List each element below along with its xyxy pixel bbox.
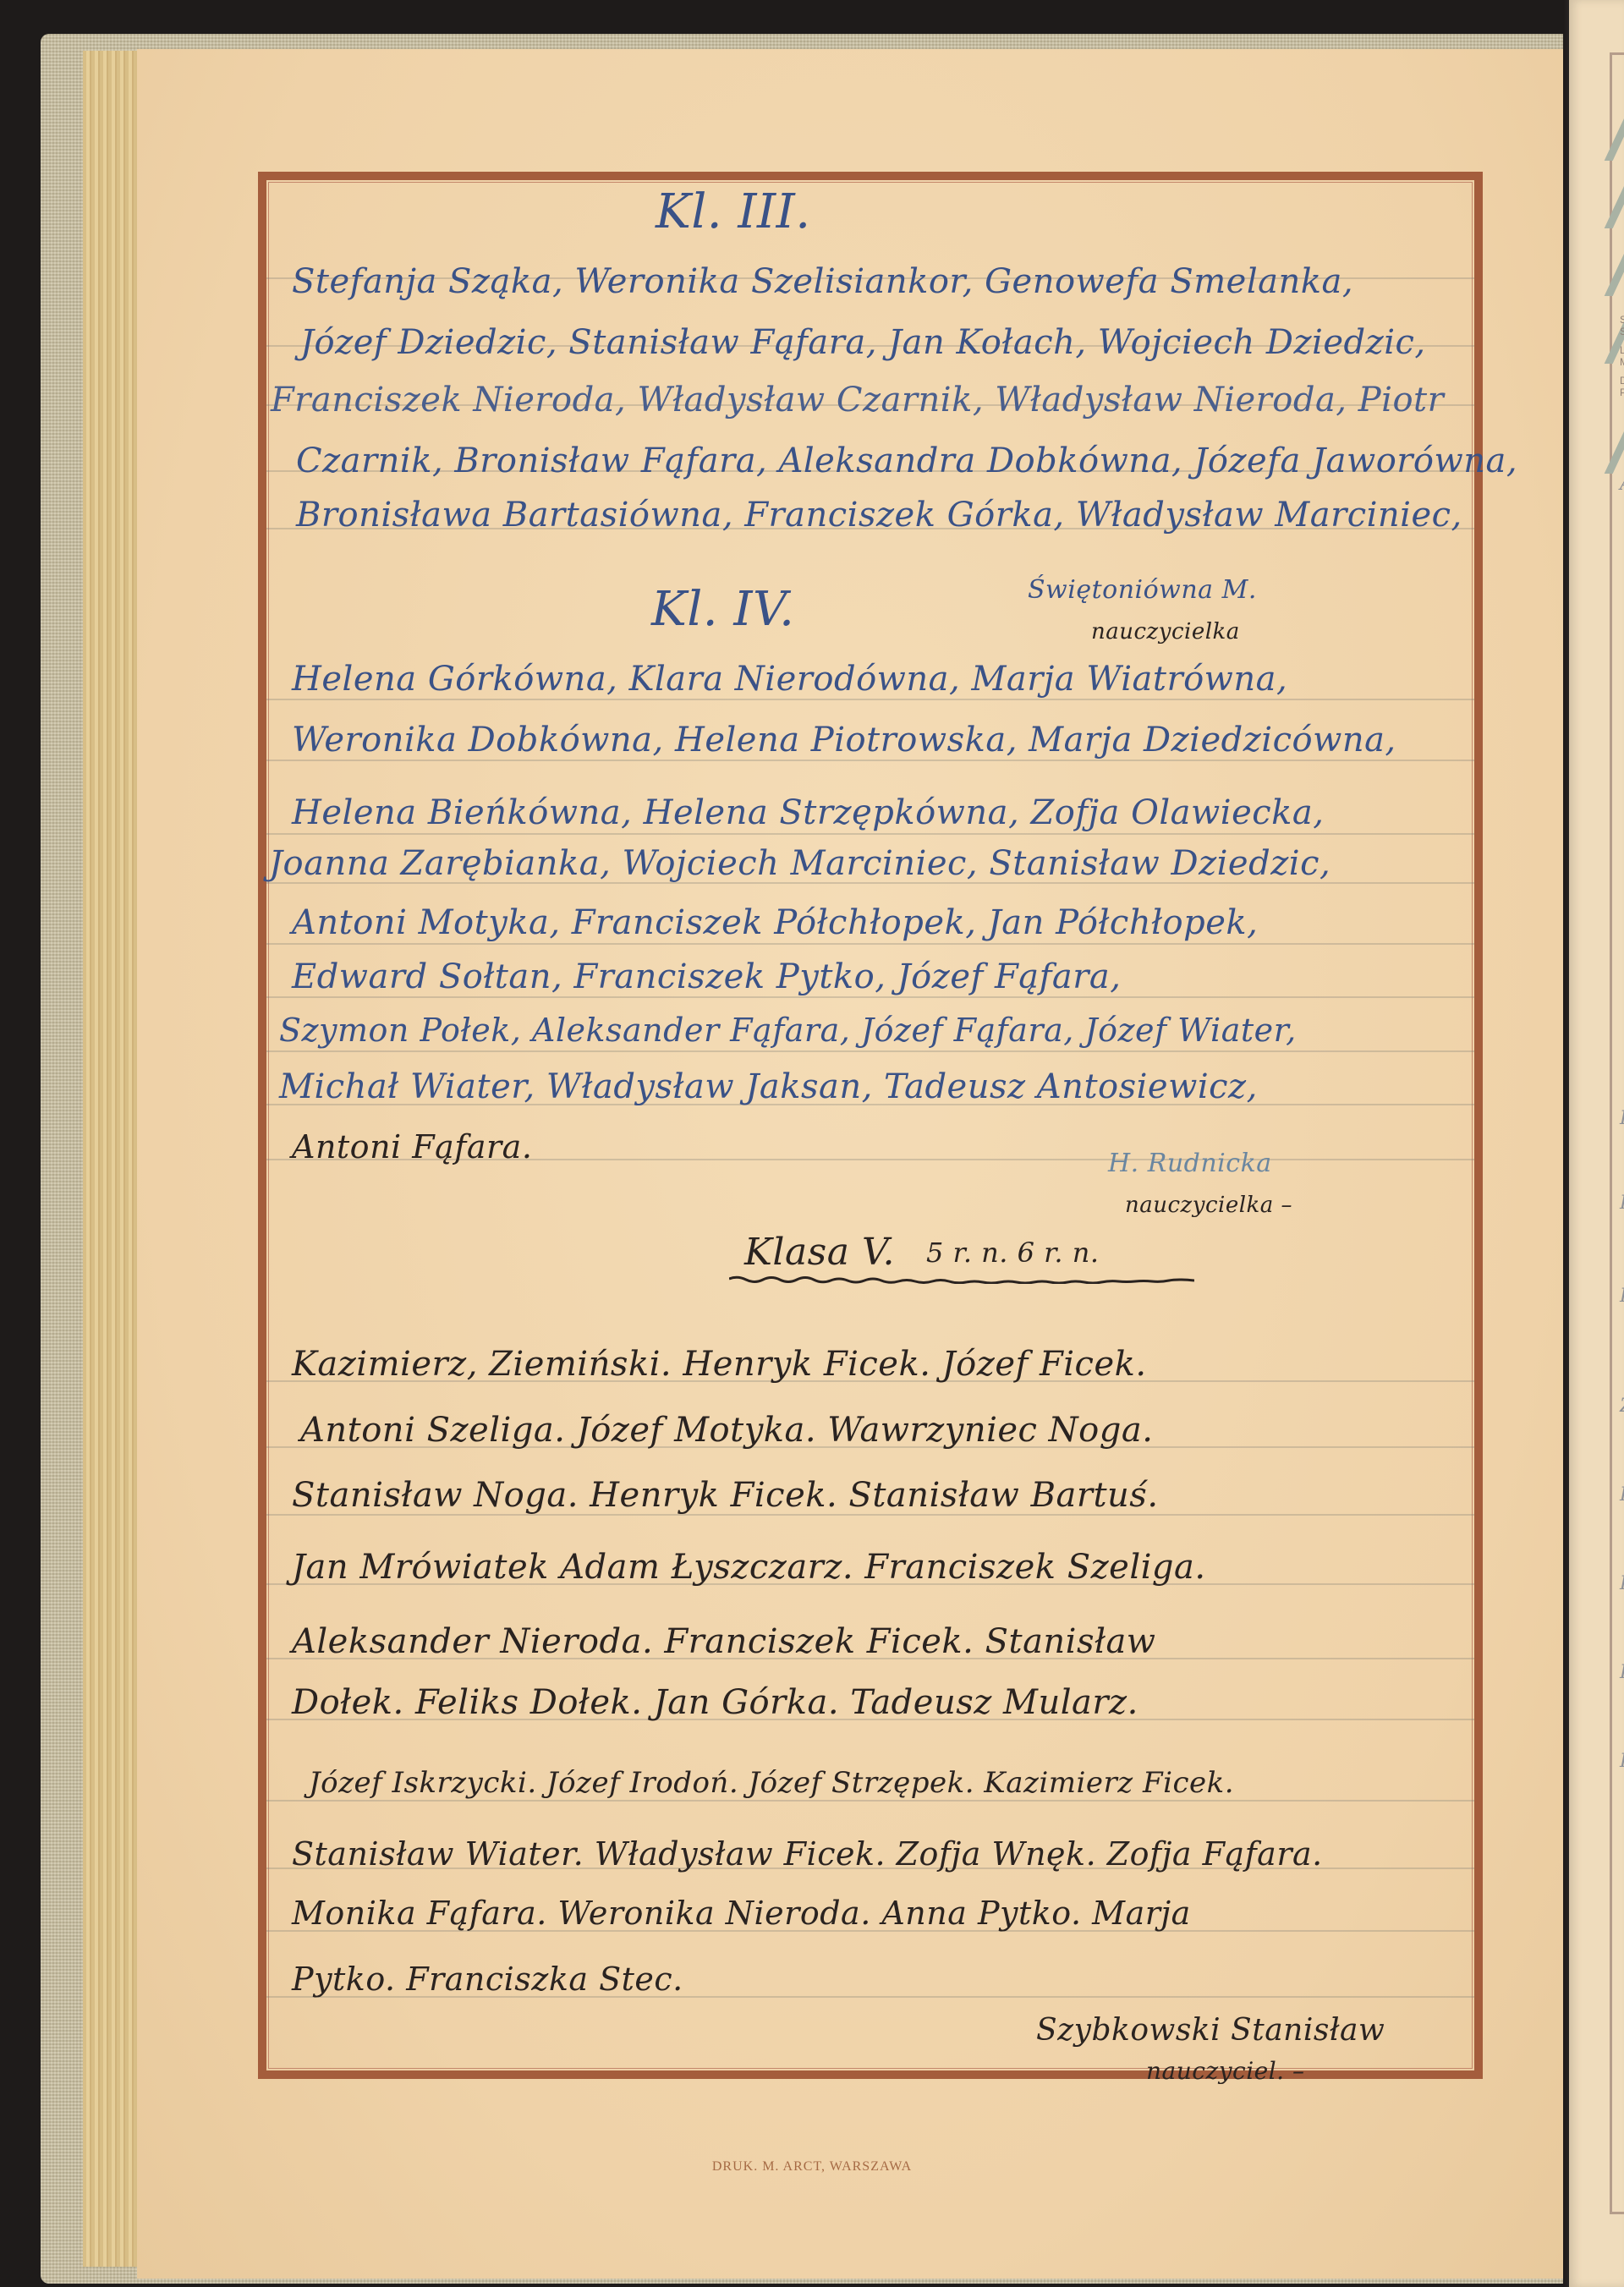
facing-page: SCHOOL SZKOŁA LOCALITY MIEJSCOWOŚĆ DISTR… bbox=[1569, 0, 1624, 2287]
facing-page-name: Han bbox=[1620, 1662, 1624, 1683]
section-heading: Klasa V. bbox=[744, 1231, 895, 1274]
name-line: Joanna Zarębianka, Wojciech Marciniec, S… bbox=[269, 844, 1330, 883]
facing-page-name: Francis bbox=[1620, 1286, 1624, 1307]
ruled-line bbox=[266, 1800, 1474, 1802]
signature-name: H. Rudnicka bbox=[1108, 1149, 1272, 1178]
name-line: Franciszek Nieroda, Władysław Czarnik, W… bbox=[271, 381, 1444, 420]
facing-page-name: Bajla bbox=[1620, 1751, 1624, 1772]
name-line: Szymon Połek, Aleksander Fąfara, Józef F… bbox=[279, 1012, 1297, 1049]
name-line: Monika Fąfara. Weronika Nieroda. Anna Py… bbox=[292, 1895, 1191, 1932]
name-line: Edward Sołtan, Franciszek Pytko, Józef F… bbox=[292, 957, 1121, 996]
name-line: Czarnik, Bronisław Fąfara, Aleksandra Do… bbox=[296, 441, 1517, 480]
facing-page-name: Bronis bbox=[1620, 1573, 1624, 1594]
printer-imprint: DRUK. M. ARCT, WARSZAWA bbox=[0, 2159, 1624, 2175]
signature-name: Świętoniówna M. bbox=[1028, 575, 1257, 605]
section-heading: Kl. III. bbox=[656, 184, 811, 239]
form-label: POWIAT bbox=[1620, 387, 1624, 398]
signature-title: nauczycielka – bbox=[1125, 1193, 1292, 1218]
name-line: Helena Bieńkówna, Helena Strzępkówna, Zo… bbox=[292, 793, 1324, 832]
ruled-line bbox=[266, 833, 1474, 835]
name-line: Jan Mrówiatek Adam Łyszczarz. Franciszek… bbox=[292, 1548, 1206, 1587]
name-line: Weronika Dobkówna, Helena Piotrowska, Ma… bbox=[292, 721, 1396, 760]
ruled-line bbox=[266, 699, 1474, 700]
name-line: Stanisław Wiater. Władysław Ficek. Zofja… bbox=[292, 1835, 1323, 1873]
facing-page-name: Katar bbox=[1620, 1193, 1624, 1214]
name-line: Antoni Motyka, Franciszek Półchłopek, Ja… bbox=[292, 903, 1258, 942]
signature-name: Szybkowski Stanisław bbox=[1036, 2013, 1385, 2048]
ruled-line bbox=[266, 996, 1474, 998]
facing-page-name: Helen bbox=[1620, 1484, 1624, 1505]
name-line: Dołek. Feliks Dołek. Jan Górka. Tadeusz … bbox=[292, 1683, 1138, 1722]
name-line: Aleksander Nieroda. Franciszek Ficek. St… bbox=[292, 1622, 1156, 1661]
ruled-line bbox=[266, 760, 1474, 761]
facing-page-name: Zofja bbox=[1620, 1396, 1624, 1417]
facing-page-name: Ann bbox=[1620, 474, 1624, 495]
name-line: Stanisław Noga. Henryk Ficek. Stanisław … bbox=[292, 1476, 1159, 1515]
name-line: Pytko. Franciszka Stec. bbox=[292, 1961, 683, 1998]
facing-page-name: Bronis bbox=[1620, 1108, 1624, 1129]
name-line: Józef Iskrzycki. Józef Irodoń. Józef Str… bbox=[309, 1766, 1234, 1800]
name-line: Stefanja Sząka, Weronika Szelisiankor, G… bbox=[292, 262, 1353, 301]
name-line: Antoni Szeliga. Józef Motyka. Wawrzyniec… bbox=[300, 1411, 1153, 1450]
ruled-line bbox=[266, 1050, 1474, 1052]
name-line: Bronisława Bartasiówna, Franciszek Górka… bbox=[296, 496, 1462, 535]
wavy-underline bbox=[729, 1275, 1194, 1284]
name-line: Antoni Fąfara. bbox=[292, 1128, 532, 1165]
form-label: SZKOŁA bbox=[1620, 326, 1624, 337]
name-line: Józef Dziedzic, Stanisław Fąfara, Jan Ko… bbox=[300, 323, 1426, 362]
name-line: Helena Górkówna, Klara Nierodówna, Marja… bbox=[292, 660, 1287, 699]
name-line: Michał Wiater, Władysław Jaksan, Tadeusz… bbox=[279, 1067, 1258, 1106]
section-heading: Kl. IV. bbox=[651, 582, 794, 637]
section-heading-note: 5 r. n. 6 r. n. bbox=[926, 1237, 1100, 1269]
form-label: MIEJSCOWOŚĆ bbox=[1620, 357, 1624, 368]
form-label: SCHOOL bbox=[1620, 315, 1624, 326]
name-line: Kazimierz, Ziemiński. Henryk Ficek. Józe… bbox=[292, 1345, 1147, 1384]
page-edges bbox=[83, 51, 142, 2267]
form-label: DISTRICT bbox=[1620, 376, 1624, 387]
signature-title: nauczycielka bbox=[1091, 619, 1240, 644]
ruled-line bbox=[266, 943, 1474, 945]
form-label: LOCALITY bbox=[1620, 345, 1624, 356]
signature-title: nauczyciel. – bbox=[1146, 2057, 1304, 2085]
